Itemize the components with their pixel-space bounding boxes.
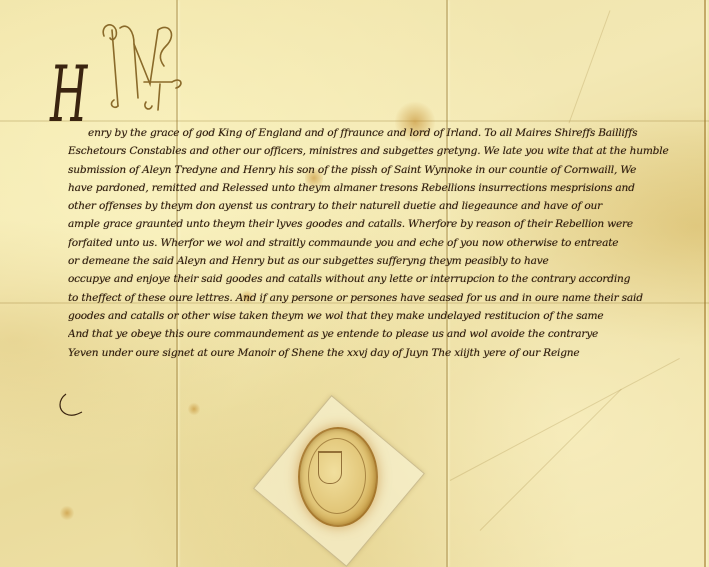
fold-line-horizontal	[0, 120, 709, 122]
initial-letter: H	[50, 56, 87, 134]
text-line: goodes and catalls or other wise taken t…	[68, 307, 706, 325]
text-line: submission of Aleyn Tredyne and Henry hi…	[68, 161, 706, 179]
text-line: ample grace graunted unto theym their ly…	[68, 215, 706, 233]
text-line: Yeven under oure signet at oure Manoir o…	[68, 344, 706, 362]
royal-sign-manual-icon	[98, 18, 188, 113]
text-line: occupye and enjoye their said goodes and…	[68, 270, 706, 288]
stain	[188, 402, 200, 416]
signet-seal	[258, 395, 428, 567]
text-line: Eschetours Constables and other our offi…	[68, 142, 706, 160]
letter-body: enry by the grace of god King of England…	[68, 124, 706, 362]
text-line: or demeane the said Aleyn and Henry but …	[68, 252, 706, 270]
crease	[450, 358, 680, 481]
text-line: enry by the grace of god King of England…	[68, 124, 706, 142]
text-line: have pardoned, remitted and Relessed unt…	[68, 179, 706, 197]
crease	[568, 10, 610, 123]
closing-flourish-icon	[56, 392, 86, 418]
parchment-document: H enry by the grace of god King of Engla…	[0, 0, 709, 567]
text-line: other offenses by theym don ayenst us co…	[68, 197, 706, 215]
wax-seal-icon	[298, 427, 378, 527]
crease	[480, 389, 622, 531]
text-line: And that ye obeye this oure commaundemen…	[68, 325, 706, 343]
text-line: forfaited unto us. Wherfor we wol and st…	[68, 234, 706, 252]
stain	[60, 505, 74, 521]
text-line: to theffect of these oure lettres. And i…	[68, 289, 706, 307]
seal-shield-icon	[318, 451, 342, 484]
